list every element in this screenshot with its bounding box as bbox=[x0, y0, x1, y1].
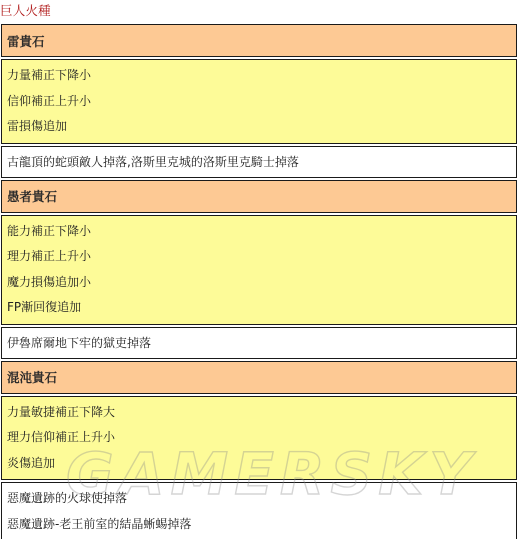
gem-effects-cell: 能力補正下降小 理力補正上升小 魔力損傷追加小 FP漸回復追加 bbox=[1, 215, 517, 325]
effect-line: 理力補正上升小 bbox=[7, 244, 516, 270]
gem-name: 愚者貴石 bbox=[1, 180, 517, 213]
gem-name: 雷貴石 bbox=[1, 24, 517, 57]
source-line: 古龍頂的蛇頭敵人掉落,洛斯里克城的洛斯里克騎士掉落 bbox=[7, 149, 516, 175]
page-title: 巨人火種 bbox=[0, 3, 51, 18]
effect-line: 炎傷追加 bbox=[7, 451, 516, 477]
source-line: 惡魔遺跡的火球使掉落 bbox=[7, 485, 516, 511]
effect-line: 力量敏捷補正下降大 bbox=[7, 400, 516, 426]
effect-line: 信仰補正上升小 bbox=[7, 89, 516, 115]
gem-source-row: 伊魯席爾地下牢的獄吏掉落 bbox=[1, 327, 517, 359]
gem-effects-cell: 力量補正下降小 信仰補正上升小 雷損傷追加 bbox=[1, 59, 517, 144]
gem-source-row: 古龍頂的蛇頭敵人掉落,洛斯里克城的洛斯里克騎士掉落 bbox=[1, 146, 517, 178]
effect-line: 能力補正下降小 bbox=[7, 219, 516, 245]
gem-name: 混沌貴石 bbox=[1, 361, 517, 394]
source-line: 惡魔遺跡-老王前室的結晶蜥蜴掉落 bbox=[7, 511, 516, 537]
gem-source-cell: 惡魔遺跡的火球使掉落 惡魔遺跡-老王前室的結晶蜥蜴掉落 bbox=[1, 482, 517, 539]
gem-effects-row: 力量補正下降小 信仰補正上升小 雷損傷追加 bbox=[1, 59, 517, 144]
gem-header-row: 混沌貴石 bbox=[1, 361, 517, 394]
source-line: 伊魯席爾地下牢的獄吏掉落 bbox=[7, 330, 516, 356]
gem-source-cell: 伊魯席爾地下牢的獄吏掉落 bbox=[1, 327, 517, 359]
effect-line: 理力信仰補正上升小 bbox=[7, 425, 516, 451]
gem-header-row: 雷貴石 bbox=[1, 24, 517, 57]
gem-source-row: 惡魔遺跡的火球使掉落 惡魔遺跡-老王前室的結晶蜥蜴掉落 bbox=[1, 482, 517, 539]
effect-line: FP漸回復追加 bbox=[7, 295, 516, 321]
gem-header-row: 愚者貴石 bbox=[1, 180, 517, 213]
gem-table: 雷貴石 力量補正下降小 信仰補正上升小 雷損傷追加 古龍頂的蛇頭敵人掉落,洛斯里… bbox=[1, 22, 517, 539]
gem-effects-row: 力量敏捷補正下降大 理力信仰補正上升小 炎傷追加 bbox=[1, 396, 517, 481]
gem-effects-row: 能力補正下降小 理力補正上升小 魔力損傷追加小 FP漸回復追加 bbox=[1, 215, 517, 325]
gem-effects-cell: 力量敏捷補正下降大 理力信仰補正上升小 炎傷追加 bbox=[1, 396, 517, 481]
effect-line: 魔力損傷追加小 bbox=[7, 270, 516, 296]
effect-line: 力量補正下降小 bbox=[7, 63, 516, 89]
effect-line: 雷損傷追加 bbox=[7, 114, 516, 140]
gem-source-cell: 古龍頂的蛇頭敵人掉落,洛斯里克城的洛斯里克騎士掉落 bbox=[1, 146, 517, 178]
